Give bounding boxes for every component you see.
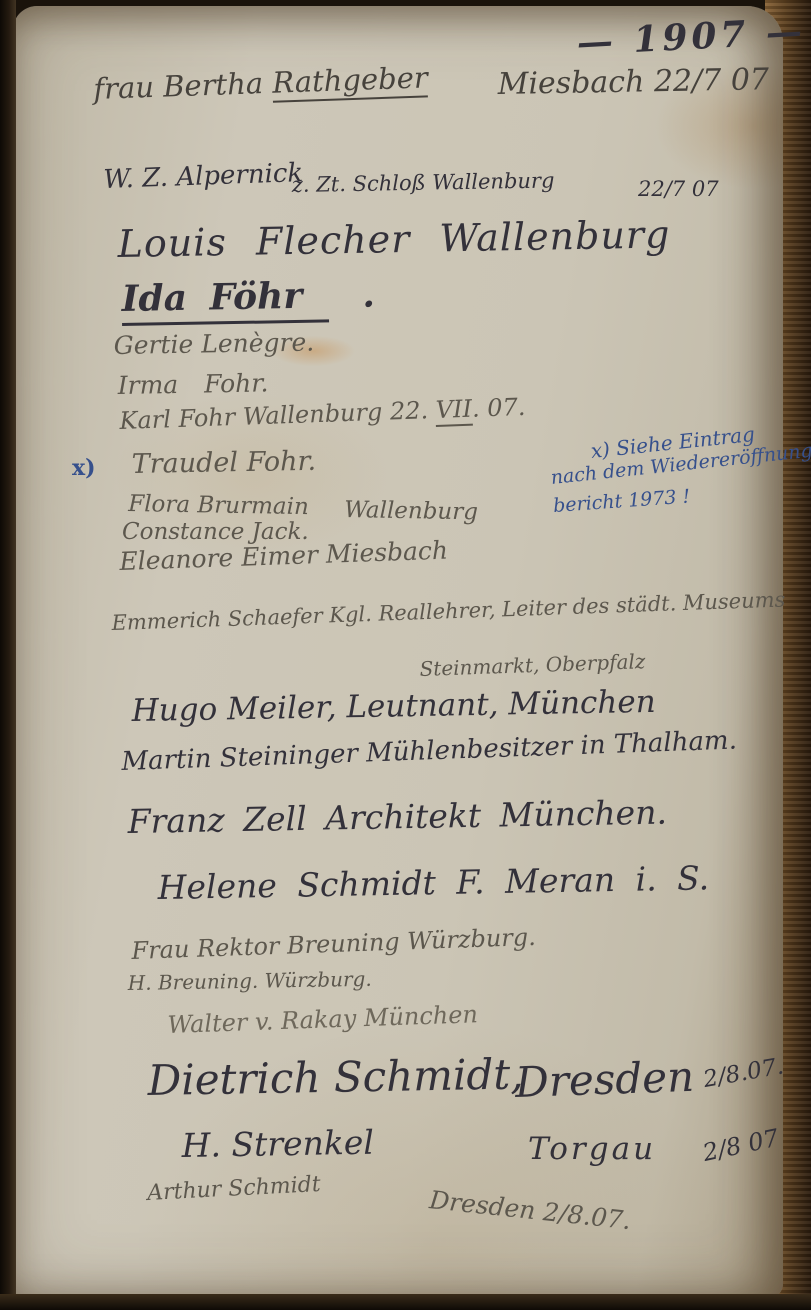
signature-strenkel-place: Torgau (528, 1132, 656, 1166)
signature-flora: Flora Brurmain (128, 492, 309, 520)
footnote-mark: x) (72, 456, 96, 480)
signature-gertie-lenegre: Gertie Lenègre. (114, 329, 315, 360)
signature-karl-fohr-year: . 07. (471, 393, 525, 423)
signature-bertha-place-date: Miesbach 22/7 07 (497, 63, 769, 101)
signature-bertha-surname: Rathgeber (272, 60, 429, 102)
signature-dietrich-schmidt-place: Dresden (514, 1054, 694, 1106)
signature-alpernick-residence: z. Zt. Schloß Wallenburg (292, 169, 555, 197)
signature-ida-foehr-name: Ida Föhr (121, 274, 328, 326)
signature-ida-foehr-dot: . (362, 274, 375, 316)
signature-karl-fohr-month: VII (435, 395, 472, 427)
signature-bertha-name: frau Bertha (93, 66, 273, 106)
signature-alpernick-date: 22/7 07 (638, 178, 719, 201)
signature-dietrich-schmidt: Dietrich Schmidt, (147, 1051, 524, 1104)
guestbook-photo: — 1907 — frau Bertha Rathgeber Miesbach … (0, 0, 811, 1310)
book-gutter (0, 0, 16, 1310)
book-bottom-edge (0, 1294, 811, 1310)
signature-h-breuning: H. Breuning. Würzburg. (128, 968, 372, 994)
signature-strenkel: H. Strenkel (181, 1125, 374, 1165)
signature-ida-foehr: Ida Föhr. (121, 276, 375, 320)
signature-irma-fohr: Irma Fohr. (118, 369, 269, 399)
signature-flora-place: Wallenburg (344, 498, 478, 526)
signature-traudel-fohr: Traudel Fohr. (131, 447, 316, 480)
